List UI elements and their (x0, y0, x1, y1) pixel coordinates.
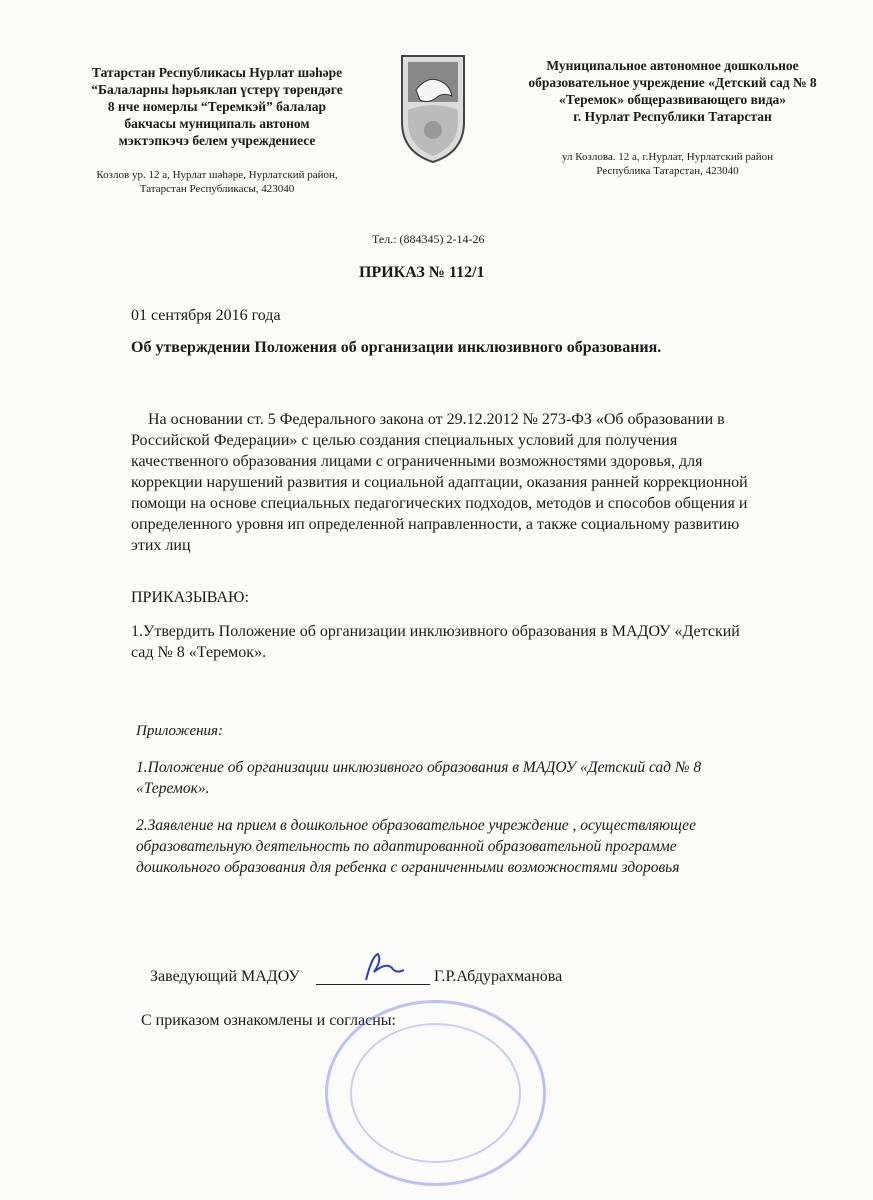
header-left-line: Татарстан Республикасы Нурлат шәһәре (72, 64, 362, 81)
header-right-line: образовательное учреждение «Детский сад … (505, 74, 840, 91)
header-left-line: мэктэпкэчэ белем учреждениесе (72, 132, 362, 149)
appendix-1: 1.Положение об организации инклюзивного … (136, 757, 856, 799)
appendix-2: 2.Заявление на прием в дошкольное образо… (136, 815, 856, 878)
header-right-line: «Теремок» общеразвивающего вида» (505, 91, 840, 108)
official-stamp (325, 1000, 546, 1186)
header-right-line: г. Нурлат Республики Татарстан (505, 108, 840, 125)
header-left-line: 8 нче номерлы “Теремкэй” балалар (72, 98, 362, 115)
directive: ПРИКАЗЫВАЮ: (131, 587, 249, 608)
order-item-1: 1.Утвердить Положение об организации инк… (131, 621, 851, 663)
preamble-line: помощи на основе специальных педагогичес… (131, 493, 851, 514)
item-line: 1.Утвердить Положение об организации инк… (131, 621, 851, 642)
appendix-line: 1.Положение об организации инклюзивного … (136, 757, 856, 778)
handwritten-signature (360, 950, 410, 991)
address-line: Татарстан Республикасы, 423040 (72, 182, 362, 196)
preamble-line: коррекции нарушений развития и социально… (131, 472, 851, 493)
coat-of-arms-emblem (398, 52, 468, 164)
header-left-address: Козлов ур. 12 а, Нурлат шәһәре, Нурлатск… (72, 168, 362, 196)
address-line: ул Козлова. 12 а, г.Нурлат, Нурлатский р… (515, 150, 820, 164)
preamble: На основании ст. 5 Федерального закона о… (131, 409, 851, 556)
appendix-label: Приложения: (136, 721, 223, 742)
preamble-line: определенного уровня ип определенной нап… (131, 514, 851, 535)
item-line: сад № 8 «Теремок». (131, 642, 851, 663)
order-title: ПРИКАЗ № 112/1 (359, 264, 485, 282)
header-right-russian: Муниципальное автономное дошкольное обра… (505, 57, 840, 125)
address-line: Республика Татарстан, 423040 (515, 164, 820, 178)
order-subject: Об утверждении Положения об организации … (131, 337, 661, 358)
address-line: Козлов ур. 12 а, Нурлат шәһәре, Нурлатск… (72, 168, 362, 182)
header-left-line: “Балаларны һәрьяклап үстерү төрендәге (72, 81, 362, 98)
header-right-line: Муниципальное автономное дошкольное (505, 57, 840, 74)
signature-name: Г.Р.Абдурахманова (434, 966, 562, 987)
preamble-line: Российской Федерации» с целью создания с… (131, 430, 851, 451)
header-left-line: бакчасы муниципаль автоном (72, 115, 362, 132)
appendix-line: «Теремок». (136, 778, 856, 799)
header-left-tatar: Татарстан Республикасы Нурлат шәһәре “Ба… (72, 64, 362, 149)
appendix-line: 2.Заявление на прием в дошкольное образо… (136, 815, 856, 836)
order-date: 01 сентября 2016 года (131, 305, 281, 326)
phone: Тел.: (884345) 2-14-26 (372, 232, 485, 247)
preamble-line: На основании ст. 5 Федерального закона о… (131, 409, 851, 430)
signature-position: Заведующий МАДОУ (150, 966, 300, 987)
header-right-address: ул Козлова. 12 а, г.Нурлат, Нурлатский р… (515, 150, 820, 178)
preamble-line: качественного образования лицами с огран… (131, 451, 851, 472)
appendix-line: образовательную деятельность по адаптиро… (136, 836, 856, 857)
appendix-line: дошкольного образования для ребенка с ог… (136, 857, 856, 878)
preamble-line: этих лиц (131, 535, 851, 556)
